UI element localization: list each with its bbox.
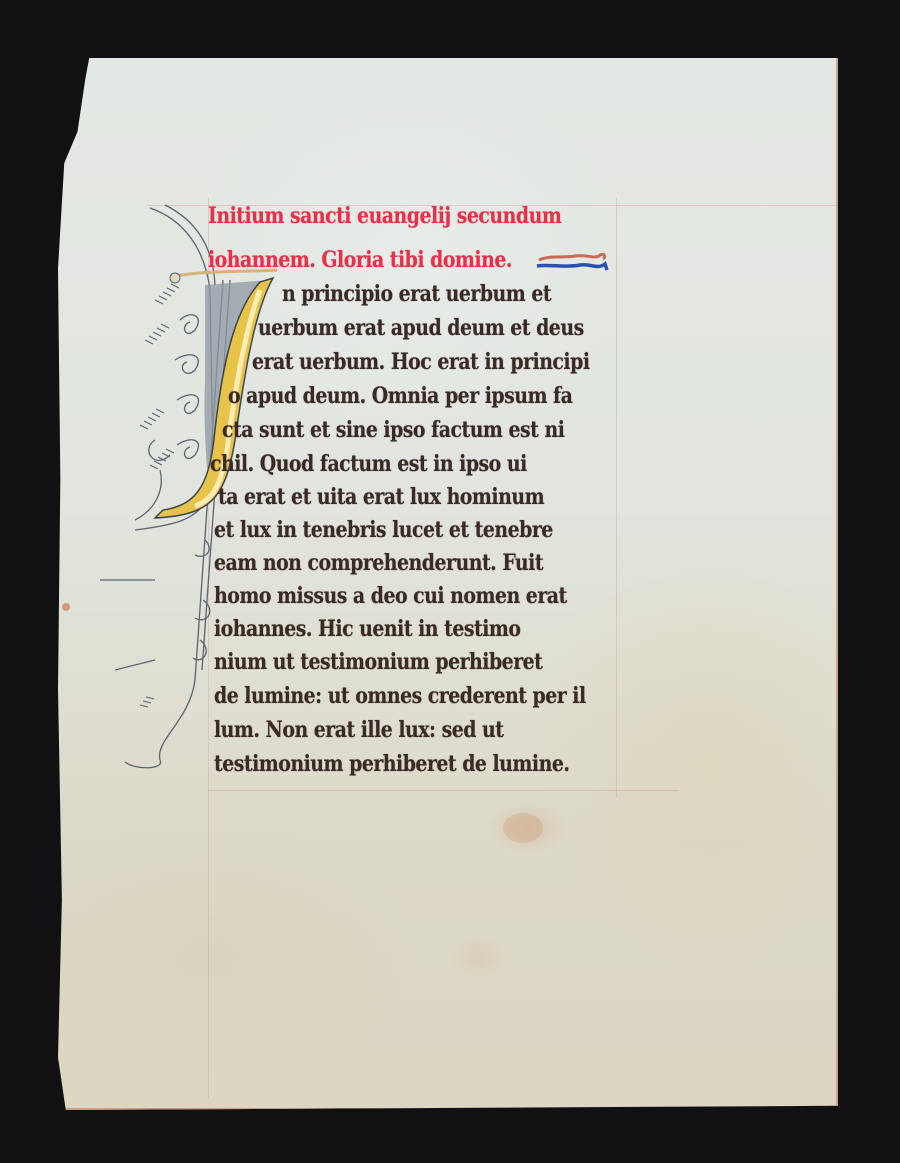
stain	[503, 813, 543, 843]
text-line: testimonium perhiberet de lumine.	[214, 751, 569, 777]
stain	[62, 603, 70, 611]
text-line: et lux in tenebris lucet et tenebre	[214, 517, 553, 543]
text-line: ta erat et uita erat lux hominum	[218, 484, 544, 510]
text-line: n principio erat uerbum et	[282, 281, 551, 307]
text-line: chil. Quod factum est in ipso ui	[210, 451, 527, 477]
text-line: o apud deum. Omnia per ipsum fa	[228, 383, 572, 409]
rubric-line: Initium sancti euangelij secundum	[208, 203, 561, 229]
line-filler-icon	[535, 250, 609, 274]
ruling-line	[616, 198, 617, 798]
ruling-line	[208, 790, 678, 791]
text-line: erat uerbum. Hoc erat in principi	[252, 349, 589, 375]
text-line: eam non comprehenderunt. Fuit	[214, 550, 543, 576]
text-line: lum. Non erat ille lux: sed ut	[214, 717, 503, 743]
text-line: de lumine: ut omnes crederent per il	[214, 683, 586, 709]
text-line: cta sunt et sine ipso factum est ni	[222, 417, 564, 443]
text-line: uerbum erat apud deum et deus	[258, 315, 584, 341]
text-line: nium ut testimonium perhiberet	[214, 649, 542, 675]
rubric-line: iohannem. Gloria tibi domine.	[208, 247, 512, 273]
text-line: iohannes. Hic uenit in testimo	[214, 616, 520, 642]
text-line: homo missus a deo cui nomen erat	[214, 583, 567, 609]
photo-stage: Initium sancti euangelij secundum iohann…	[0, 0, 900, 1163]
